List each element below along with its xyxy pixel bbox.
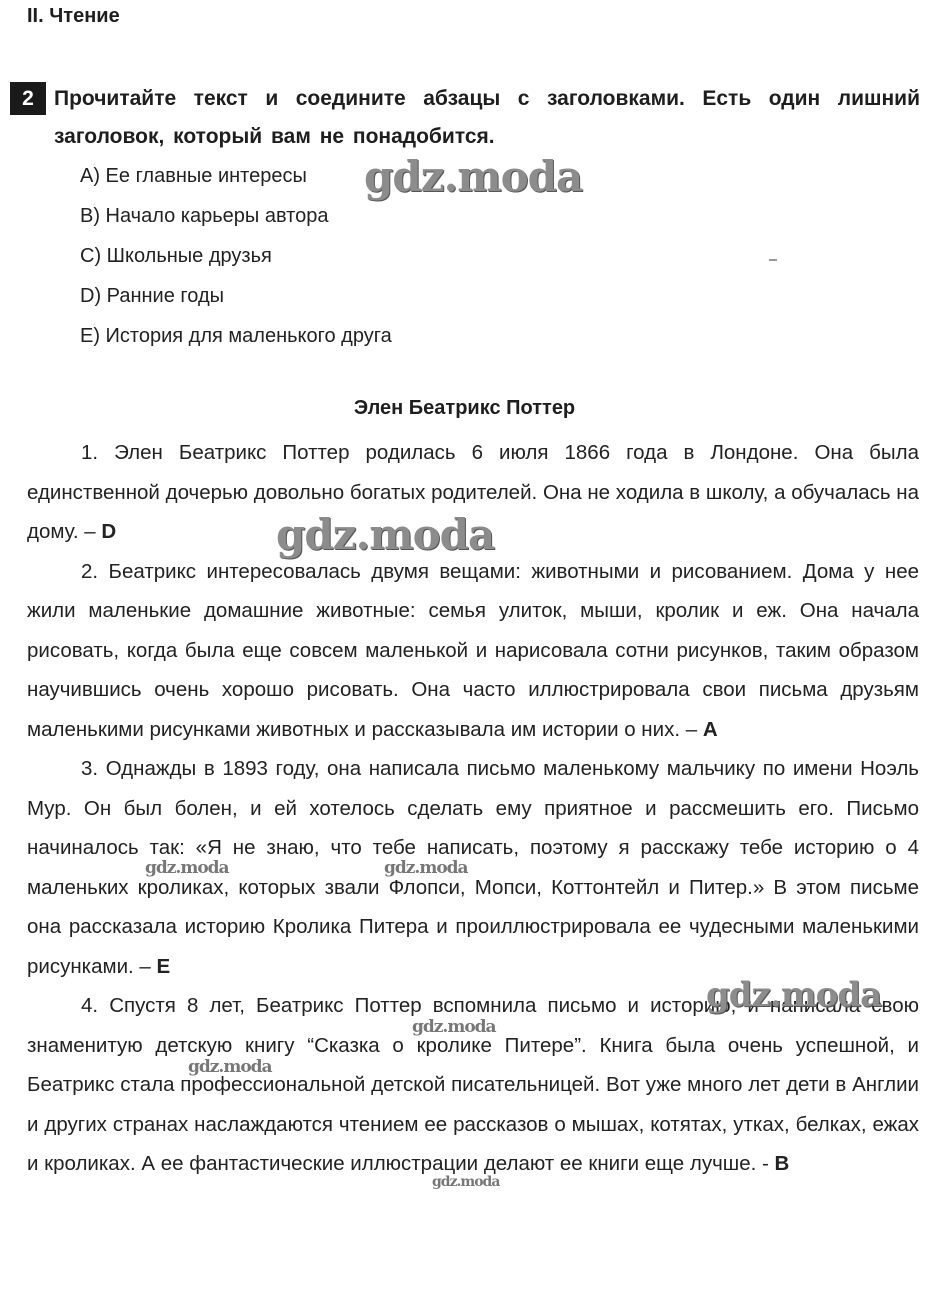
task-instruction: Прочитайте текст и соедините абзацы с за…	[54, 80, 920, 156]
task-block: 2 Прочитайте текст и соедините абзацы с …	[10, 80, 920, 156]
paragraph-text: 3. Однажды в 1893 году, она написала пис…	[27, 757, 919, 978]
paragraph-3: 3. Однажды в 1893 году, она написала пис…	[27, 749, 919, 986]
paragraph-4: 4. Спустя 8 лет, Беатрикс Поттер вспомни…	[27, 986, 919, 1184]
heading-option: A) Ее главные интересы	[80, 156, 392, 196]
heading-option: B) Начало карьеры автора	[80, 196, 392, 236]
scan-speck	[769, 259, 777, 261]
headings-list: A) Ее главные интересы B) Начало карьеры…	[80, 156, 392, 356]
paragraph-answer: E	[157, 955, 171, 978]
paragraph-answer: D	[101, 520, 116, 543]
watermark: gdz.moda	[364, 152, 582, 201]
section-title: II. Чтение	[27, 5, 120, 28]
paragraph-answer: A	[703, 718, 718, 741]
paragraph-text: 2. Беатрикс интересовалась двумя вещами:…	[27, 560, 919, 741]
paragraph-text: 1. Элен Беатрикс Поттер родилась 6 июля …	[27, 441, 919, 543]
heading-option: E) История для маленького друга	[80, 316, 392, 356]
heading-option: D) Ранние годы	[80, 276, 392, 316]
story-title: Элен Беатрикс Поттер	[0, 397, 929, 420]
paragraph-2: 2. Беатрикс интересовалась двумя вещами:…	[27, 552, 919, 750]
heading-option: C) Школьные друзья	[80, 236, 392, 276]
paragraph-answer: B	[775, 1152, 790, 1175]
task-number-badge: 2	[10, 82, 46, 115]
paragraph-1: 1. Элен Беатрикс Поттер родилась 6 июля …	[27, 433, 919, 552]
story-text: 1. Элен Беатрикс Поттер родилась 6 июля …	[27, 433, 919, 1184]
paragraph-text: 4. Спустя 8 лет, Беатрикс Поттер вспомни…	[27, 994, 919, 1175]
